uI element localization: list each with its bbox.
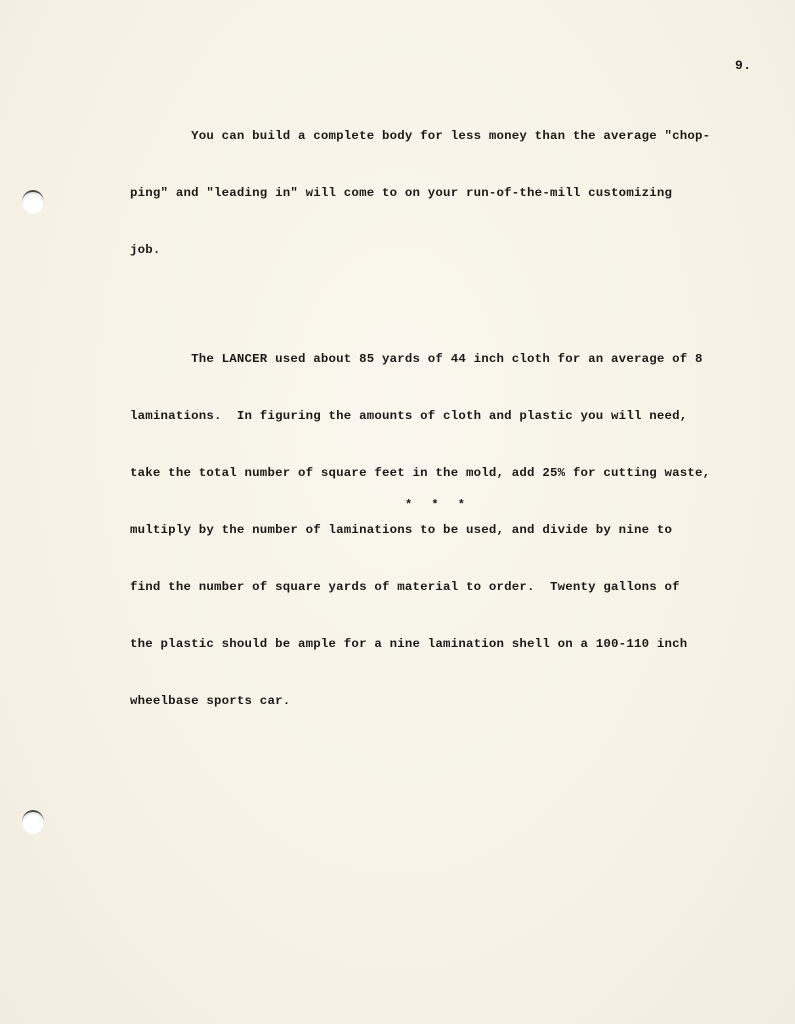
section-separator: * * * (405, 498, 471, 512)
body-text: You can build a complete body for less m… (130, 89, 730, 763)
paragraph-1: You can build a complete body for less m… (130, 89, 730, 298)
text-line: take the total number of square feet in … (130, 464, 730, 483)
text-line: find the number of square yards of mater… (130, 578, 730, 597)
typewritten-page: 9. You can build a complete body for les… (0, 0, 795, 1024)
punch-hole-bottom (22, 810, 44, 834)
punch-hole-top (22, 190, 44, 214)
text-line: multiply by the number of laminations to… (130, 521, 730, 540)
text-line: laminations. In figuring the amounts of … (130, 407, 730, 426)
text-line: ping" and "leading in" will come to on y… (130, 184, 730, 203)
paragraph-2: The LANCER used about 85 yards of 44 inc… (130, 312, 730, 749)
text-line: job. (130, 241, 730, 260)
page-number: 9. (735, 58, 752, 73)
text-line: The LANCER used about 85 yards of 44 inc… (130, 350, 730, 369)
text-line: the plastic should be ample for a nine l… (130, 635, 730, 654)
text-line: You can build a complete body for less m… (130, 127, 730, 146)
text-line: wheelbase sports car. (130, 692, 730, 711)
